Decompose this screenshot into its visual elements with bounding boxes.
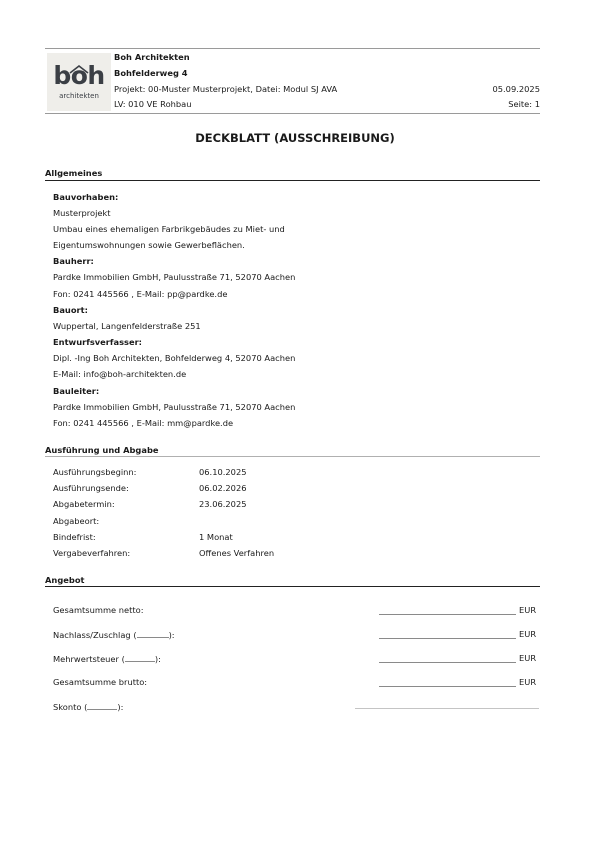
label-bauherr: Bauherr: xyxy=(53,256,94,267)
page-title: DECKBLATT (AUSSCHREIBUNG) xyxy=(0,131,590,145)
label-bauort: Bauort: xyxy=(53,305,88,316)
percent-field-skonto[interactable] xyxy=(87,701,117,710)
section-rule-ausfuehrung xyxy=(45,456,540,457)
label-mehrwertsteuer: Mehrwertsteuer (): xyxy=(53,653,161,665)
amount-field-netto[interactable] xyxy=(379,614,516,615)
bauleiter-line: Fon: 0241 445566 , E-Mail: mm@pardke.de xyxy=(53,418,233,429)
row-label: Ausführungsende: xyxy=(53,483,129,494)
section-rule-allgemeines xyxy=(45,180,540,181)
amount-field-mwst[interactable] xyxy=(379,662,516,663)
label-bauleiter: Bauleiter: xyxy=(53,386,99,397)
company-name: Boh Architekten xyxy=(114,52,190,63)
label-skonto: Skonto (): xyxy=(53,701,123,713)
section-rule-angebot xyxy=(45,586,540,587)
section-heading-allgemeines: Allgemeines xyxy=(45,168,102,178)
label-gesamtsumme-brutto: Gesamtsumme brutto: xyxy=(53,677,147,688)
bauvorhaben-line: Eigentumswohnungen sowie Gewerbeflächen. xyxy=(53,240,245,251)
label-nachlass-zuschlag: Nachlass/Zuschlag (): xyxy=(53,629,175,641)
lv-line: LV: 010 VE Rohbau xyxy=(114,99,192,110)
percent-field-nachlass[interactable] xyxy=(137,629,169,638)
bauherr-line: Fon: 0241 445566 , E-Mail: pp@pardke.de xyxy=(53,289,227,300)
bauort-line: Wuppertal, Langenfelderstraße 251 xyxy=(53,321,201,332)
amount-field-skonto[interactable] xyxy=(355,708,539,709)
document-date: 05.09.2025 xyxy=(492,84,540,95)
bauvorhaben-line: Umbau eines ehemaligen Farbrikgebäudes z… xyxy=(53,224,285,235)
section-heading-ausfuehrung: Ausführung und Abgabe xyxy=(45,445,159,455)
section-heading-angebot: Angebot xyxy=(45,575,85,585)
logo-wordmark: boh xyxy=(47,62,111,90)
bauherr-line: Pardke Immobilien GmbH, Paulusstraße 71,… xyxy=(53,272,295,283)
row-value: Offenes Verfahren xyxy=(199,548,274,559)
bauvorhaben-line: Musterprojekt xyxy=(53,208,111,219)
page-number: Seite: 1 xyxy=(508,99,540,110)
company-logo: boh architekten xyxy=(47,53,111,111)
entwurfsverfasser-line: Dipl. -Ing Boh Architekten, Bohfelderweg… xyxy=(53,353,295,364)
entwurfsverfasser-line: E-Mail: info@boh-architekten.de xyxy=(53,369,186,380)
row-value: 23.06.2025 xyxy=(199,499,247,510)
currency-label: EUR xyxy=(519,653,536,664)
row-value: 1 Monat xyxy=(199,532,233,543)
row-label: Vergabeverfahren: xyxy=(53,548,130,559)
company-street: Bohfelderweg 4 xyxy=(114,68,188,79)
amount-field-nachlass[interactable] xyxy=(379,638,516,639)
logo-subtitle: architekten xyxy=(47,92,111,100)
row-value: 06.10.2025 xyxy=(199,467,247,478)
row-label: Bindefrist: xyxy=(53,532,96,543)
label-gesamtsumme-netto: Gesamtsumme netto: xyxy=(53,605,144,616)
amount-field-brutto[interactable] xyxy=(379,686,516,687)
currency-label: EUR xyxy=(519,677,536,688)
row-label: Abgabeort: xyxy=(53,516,99,527)
row-label: Ausführungsbeginn: xyxy=(53,467,136,478)
row-value: 06.02.2026 xyxy=(199,483,247,494)
header-bottom-rule xyxy=(45,113,540,114)
project-line: Projekt: 00-Muster Musterprojekt, Datei:… xyxy=(114,84,337,95)
header-top-rule xyxy=(45,48,540,49)
row-label: Abgabetermin: xyxy=(53,499,115,510)
currency-label: EUR xyxy=(519,629,536,640)
label-entwurfsverfasser: Entwurfsverfasser: xyxy=(53,337,142,348)
label-bauvorhaben: Bauvorhaben: xyxy=(53,192,118,203)
currency-label: EUR xyxy=(519,605,536,616)
percent-field-mwst[interactable] xyxy=(125,653,155,662)
bauleiter-line: Pardke Immobilien GmbH, Paulusstraße 71,… xyxy=(53,402,295,413)
